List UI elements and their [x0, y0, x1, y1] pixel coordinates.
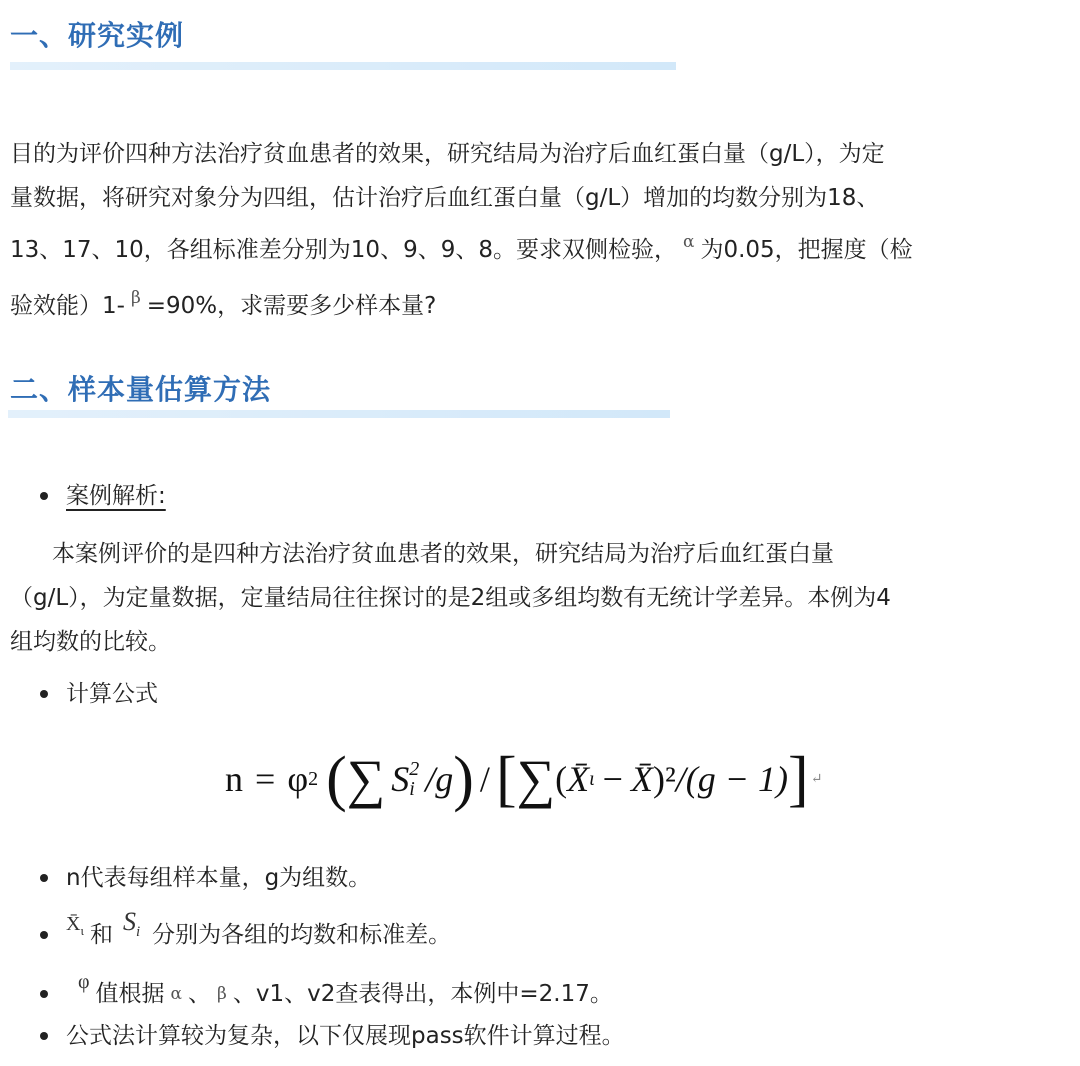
section-heading-research-example: 一、研究实例 — [10, 14, 184, 54]
beta-symbol: β — [217, 976, 227, 1012]
paragraph-line: 验效能）1-β=90%，求需要多少样本量? — [10, 276, 1072, 328]
heading-underline-bar — [8, 410, 670, 418]
paragraph-line: 13、17、10，各组标准差分别为10、9、9、8。要求双侧检验，α为0.05，… — [10, 220, 1072, 272]
phi-symbol: φ — [78, 964, 90, 1000]
section-heading-sample-size-method: 二、样本量估算方法 — [10, 368, 271, 408]
bullet-note-n: n代表每组样本量，g为组数。 — [40, 860, 371, 896]
bullet-dot-icon — [40, 931, 48, 939]
beta-symbol: β — [131, 288, 141, 308]
alpha-symbol: α — [171, 976, 182, 1012]
paragraph-line: （g/L），为定量数据，定量结局往往探讨的是2组或多组均数有无统计学差异。本例为… — [10, 576, 1072, 620]
bullet-dot-icon — [40, 492, 48, 500]
bullet-note-pass: 公式法计算较为复杂，以下仅展现pass软件计算过程。 — [40, 1018, 625, 1054]
bullet-case-analysis: 案例解析: — [40, 478, 166, 514]
return-mark-icon: ↵ — [811, 771, 823, 788]
s-symbol: Si — [123, 904, 140, 950]
bullet-dot-icon — [40, 1032, 48, 1040]
bullet-dot-icon — [40, 874, 48, 882]
paragraph-line: 量数据，将研究对象分为四组，估计治疗后血红蛋白量（g/L）增加的均数分别为18、 — [10, 176, 1072, 220]
paragraph-line: 组均数的比较。 — [10, 620, 1072, 664]
bullet-dot-icon — [40, 990, 48, 998]
bullet-note-mean-sd: X̄ι 和 Si 分别为各组的均数和标准差。 — [40, 912, 451, 958]
case-analysis-body: 本案例评价的是四种方法治疗贫血患者的效果，研究结局为治疗后血红蛋白量 （g/L）… — [10, 532, 1072, 664]
xbar-symbol: X̄ι — [66, 906, 84, 949]
research-example-paragraph: 目的为评价四种方法治疗贫血患者的效果，研究结局为治疗后血红蛋白量（g/L），为定… — [10, 132, 1072, 328]
bullet-formula-label: 计算公式 — [40, 676, 158, 712]
bullet-note-phi: φ 值根据 α 、 β 、v1、v2查表得出，本例中=2.17。 — [40, 976, 613, 1012]
alpha-symbol: α — [683, 232, 694, 252]
paragraph-line: 本案例评价的是四种方法治疗贫血患者的效果，研究结局为治疗后血红蛋白量 — [10, 532, 1072, 576]
case-analysis-label: 案例解析: — [66, 478, 166, 514]
paragraph-line: 目的为评价四种方法治疗贫血患者的效果，研究结局为治疗后血红蛋白量（g/L），为定 — [10, 132, 1072, 176]
bullet-dot-icon — [40, 690, 48, 698]
sample-size-formula: n = φ2 ( ∑ S 2 i /g ) / [ ∑ ( X̄ι − X̄ )… — [225, 748, 822, 810]
heading-underline-bar — [10, 62, 676, 70]
formula-label: 计算公式 — [66, 676, 158, 712]
